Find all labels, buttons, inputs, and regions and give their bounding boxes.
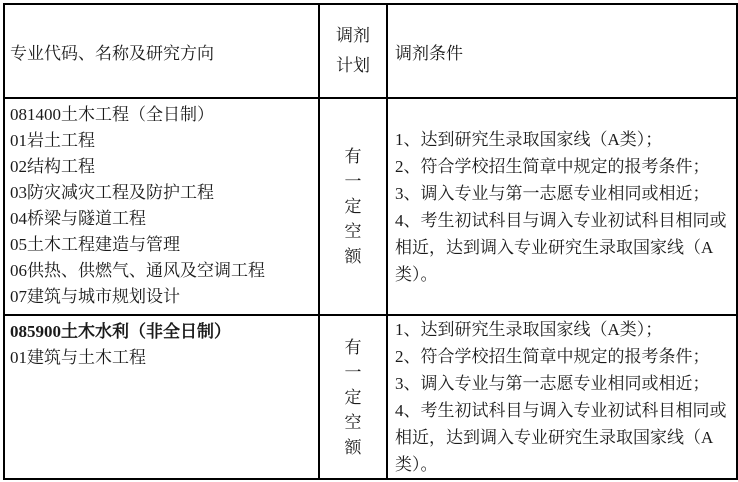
conditions-cell: 1、达到研究生录取国家线（A类）； 2、符合学校招生简章中规定的报考条件； 3、… (387, 98, 737, 315)
header-program-column: 专业代码、名称及研究方向 (4, 4, 319, 98)
program-title: 085900土木水利（非全日制） (10, 319, 314, 345)
conditions-text: 1、达到研究生录取国家线（A类）； 2、符合学校招生简章中规定的报考条件； 3、… (395, 126, 734, 288)
table-row-parttime: 085900土木水利（非全日制） 01建筑与土木工程 有一定空额 1、达到研究生… (4, 315, 737, 479)
program-cell: 081400土木工程（全日制） 01岩土工程 02结构工程 03防灾减灾工程及防… (4, 98, 319, 315)
header-conditions-column: 调剂条件 (387, 4, 737, 98)
quota-text: 有一定空额 (344, 144, 363, 269)
program-title: 081400土木工程（全日制） (10, 102, 314, 128)
header-quota-column: 调剂 计划 (319, 4, 387, 98)
program-cell: 085900土木水利（非全日制） 01建筑与土木工程 (4, 315, 319, 479)
program-directions: 01岩土工程 02结构工程 03防灾减灾工程及防护工程 04桥梁与隧道工程 05… (10, 128, 314, 310)
program-directions: 01建筑与土木工程 (10, 345, 314, 371)
page: { "colors": { "text": "#1a1a1a", "border… (0, 0, 738, 482)
conditions-text: 1、达到研究生录取国家线（A类）； 2、符合学校招生简章中规定的报考条件； 3、… (395, 316, 734, 478)
table-header-row: 专业代码、名称及研究方向 调剂 计划 调剂条件 (4, 4, 737, 98)
quota-text: 有一定空额 (344, 335, 363, 460)
conditions-cell: 1、达到研究生录取国家线（A类）； 2、符合学校招生简章中规定的报考条件； 3、… (387, 315, 737, 479)
quota-cell: 有一定空额 (319, 315, 387, 479)
transfer-table: 专业代码、名称及研究方向 调剂 计划 调剂条件 081400土木工程（全日制） … (3, 3, 738, 480)
table-row-fulltime: 081400土木工程（全日制） 01岩土工程 02结构工程 03防灾减灾工程及防… (4, 98, 737, 315)
quota-cell: 有一定空额 (319, 98, 387, 315)
